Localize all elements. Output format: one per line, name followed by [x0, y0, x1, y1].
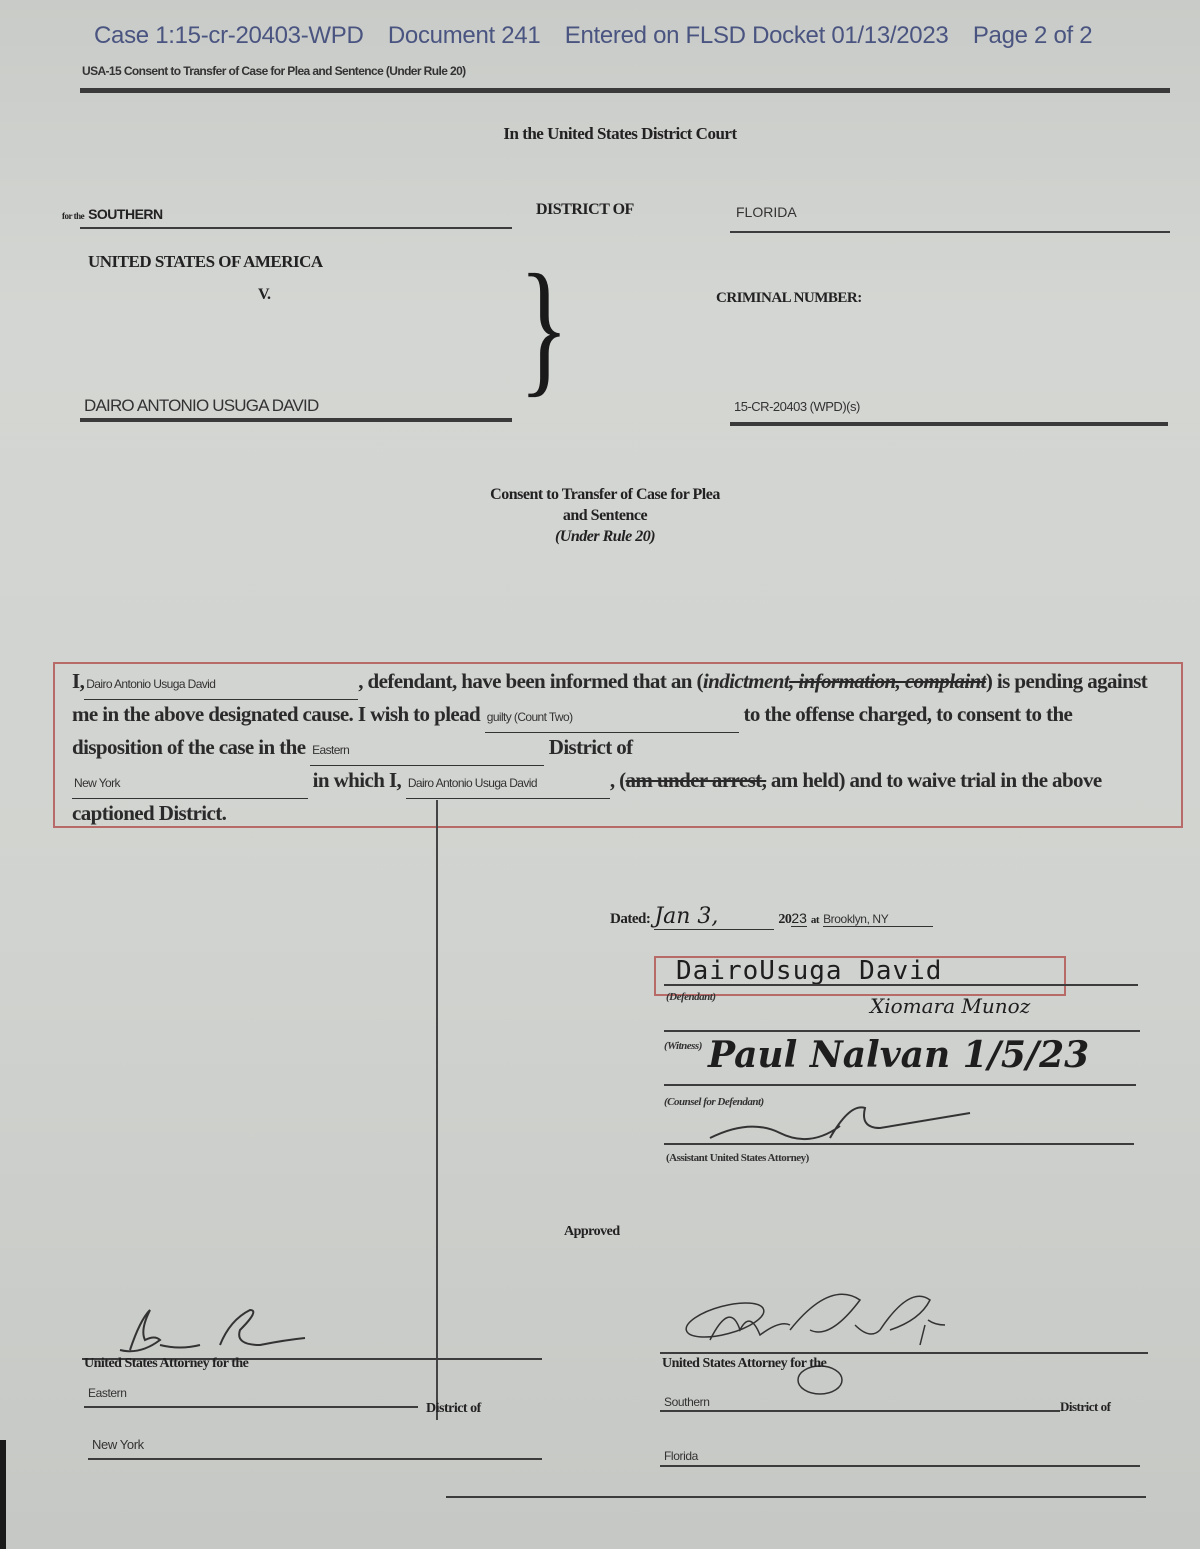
consent-paragraph: I,Dairo Antonio Usuga David, defendant, … — [72, 667, 1152, 828]
district-field: Eastern — [310, 736, 544, 766]
criminal-number: 15-CR-20403 (WPD)(s) — [734, 399, 860, 414]
witness-label: (Witness) — [664, 1040, 702, 1052]
dated-line: Dated: Jan 3, 2023 at Brooklyn, NY — [610, 904, 933, 930]
defendant-label: (Defendant) — [666, 991, 716, 1003]
eastern-usa-signature — [100, 1300, 320, 1360]
ausa-signature — [690, 1098, 980, 1148]
form-title-line2: and Sentence — [0, 505, 1200, 526]
text: , ( — [610, 768, 626, 792]
vertical-divider — [436, 800, 438, 1420]
text: , defendant, have been informed that an … — [358, 669, 703, 693]
eastern-district-value: Eastern — [88, 1386, 127, 1400]
rule — [664, 984, 1138, 986]
option-struck: , information, complaint — [789, 669, 986, 693]
rule — [446, 1496, 1146, 1498]
at-label: at — [811, 914, 819, 926]
southern-district-value: Southern — [664, 1395, 710, 1409]
rule — [80, 227, 512, 229]
eastern-district-label: District of — [426, 1401, 481, 1417]
option-indictment: indictment — [703, 669, 789, 693]
form-title-line3: (Under Rule 20) — [0, 526, 1200, 547]
screen-bezel — [0, 1440, 6, 1549]
southern-usa-title: United States Attorney for the — [662, 1356, 826, 1372]
option-struck-2: am under arrest, — [626, 768, 767, 792]
southern-state-value: Florida — [664, 1449, 698, 1463]
header-rule — [80, 88, 1170, 93]
dated-label: Dated: — [610, 911, 650, 927]
dated-month-day: Jan 3, — [654, 904, 774, 930]
defendant-name-field: Dairo Antonio Usuga David — [84, 670, 358, 700]
rule — [664, 1084, 1136, 1086]
defendant-signature: DairoUsuga David — [676, 956, 942, 986]
year-suffix: 23 — [791, 910, 807, 927]
district-of-label: DISTRICT OF — [536, 201, 634, 219]
rule — [660, 1352, 1148, 1354]
brace-icon: } — [519, 252, 569, 402]
entered-date: Entered on FLSD Docket 01/13/2023 — [565, 22, 949, 49]
plaintiff: UNITED STATES OF AMERICA — [88, 252, 323, 272]
counsel-signature: Paul Nalvan 1/5/23 — [708, 1034, 1089, 1076]
defendant-name: DAIRO ANTONIO USUGA DAVID — [84, 396, 318, 416]
rule — [88, 1458, 542, 1460]
versus: V. — [258, 286, 271, 304]
rule — [84, 1406, 418, 1408]
form-title: Consent to Transfer of Case for Plea and… — [0, 484, 1200, 547]
ausa-label: (Assistant United States Attorney) — [666, 1152, 809, 1164]
text: District of — [549, 735, 633, 759]
text: I, — [72, 669, 84, 693]
docket-stamp: Case 1:15-cr-20403-WPD Document 241 Ente… — [94, 22, 1110, 50]
option-held: am held — [766, 768, 838, 792]
text: in which I, — [313, 768, 402, 792]
rule — [664, 1143, 1134, 1145]
criminal-number-label: CRIMINAL NUMBER: — [716, 290, 862, 307]
dated-place: Brooklyn, NY — [823, 912, 933, 927]
rule — [730, 231, 1170, 233]
state-value: FLORIDA — [736, 204, 797, 220]
plea-field: guilty (Count Two) — [485, 703, 739, 733]
state-field: New York — [72, 769, 308, 799]
rule — [660, 1465, 1140, 1467]
witness-signature: Xiomara Munoz — [870, 994, 1030, 1018]
form-title-line1: Consent to Transfer of Case for Plea — [0, 484, 1200, 505]
document-number: Document 241 — [388, 22, 541, 49]
case-number: Case 1:15-cr-20403-WPD — [94, 22, 364, 49]
page-indicator: Page 2 of 2 — [973, 22, 1092, 49]
district-value: SOUTHERN — [88, 206, 163, 222]
rule — [664, 1030, 1140, 1032]
court-title: In the United States District Court — [0, 124, 1200, 144]
eastern-usa-title: United States Attorney for the — [84, 1356, 248, 1372]
name-field-2: Dairo Antonio Usuga David — [406, 769, 610, 799]
southern-usa-signature — [680, 1280, 1020, 1400]
district-line: for the SOUTHERN — [62, 206, 163, 224]
eastern-state-value: New York — [92, 1437, 144, 1452]
year-prefix: 20 — [778, 912, 791, 927]
rule — [660, 1410, 1060, 1412]
form-id: USA-15 Consent to Transfer of Case for P… — [82, 64, 466, 78]
approved-label: Approved — [564, 1224, 620, 1240]
southern-district-label: District of — [1060, 1399, 1110, 1415]
rule — [730, 422, 1168, 426]
rule — [80, 418, 512, 422]
